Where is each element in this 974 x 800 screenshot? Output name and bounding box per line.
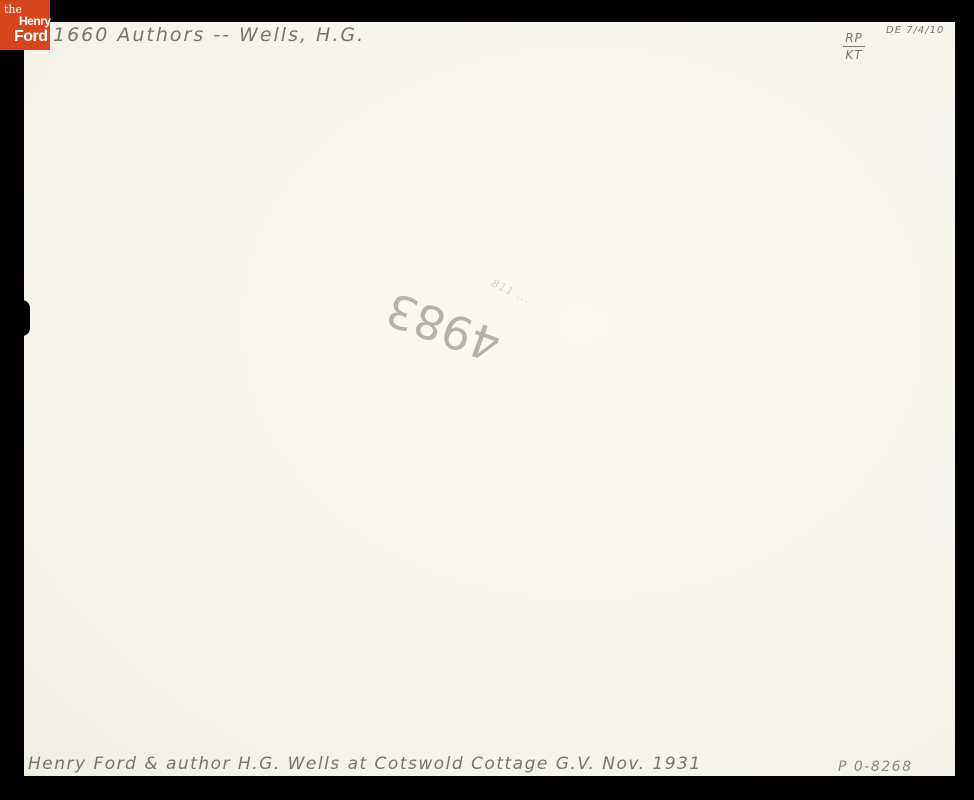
initials-bottom: KT <box>843 48 865 62</box>
henry-ford-logo[interactable]: the Henry Ford <box>0 0 50 50</box>
fraction-line <box>843 46 865 47</box>
logo-ford: Ford <box>14 28 48 46</box>
catalog-number: P 0-8268 <box>838 759 912 775</box>
corner-code: DE 7/4/10 <box>886 25 944 36</box>
initials-top: RP <box>843 31 865 45</box>
subject-label: 1660 Authors -- Wells, H.G. <box>53 24 365 46</box>
photo-caption: Henry Ford & author H.G. Wells at Cotswo… <box>28 754 702 774</box>
paper-notch <box>20 300 30 336</box>
initials-fraction: RP KT <box>843 31 865 62</box>
logo-henry: Henry <box>19 14 51 28</box>
photo-back-paper <box>24 22 955 776</box>
